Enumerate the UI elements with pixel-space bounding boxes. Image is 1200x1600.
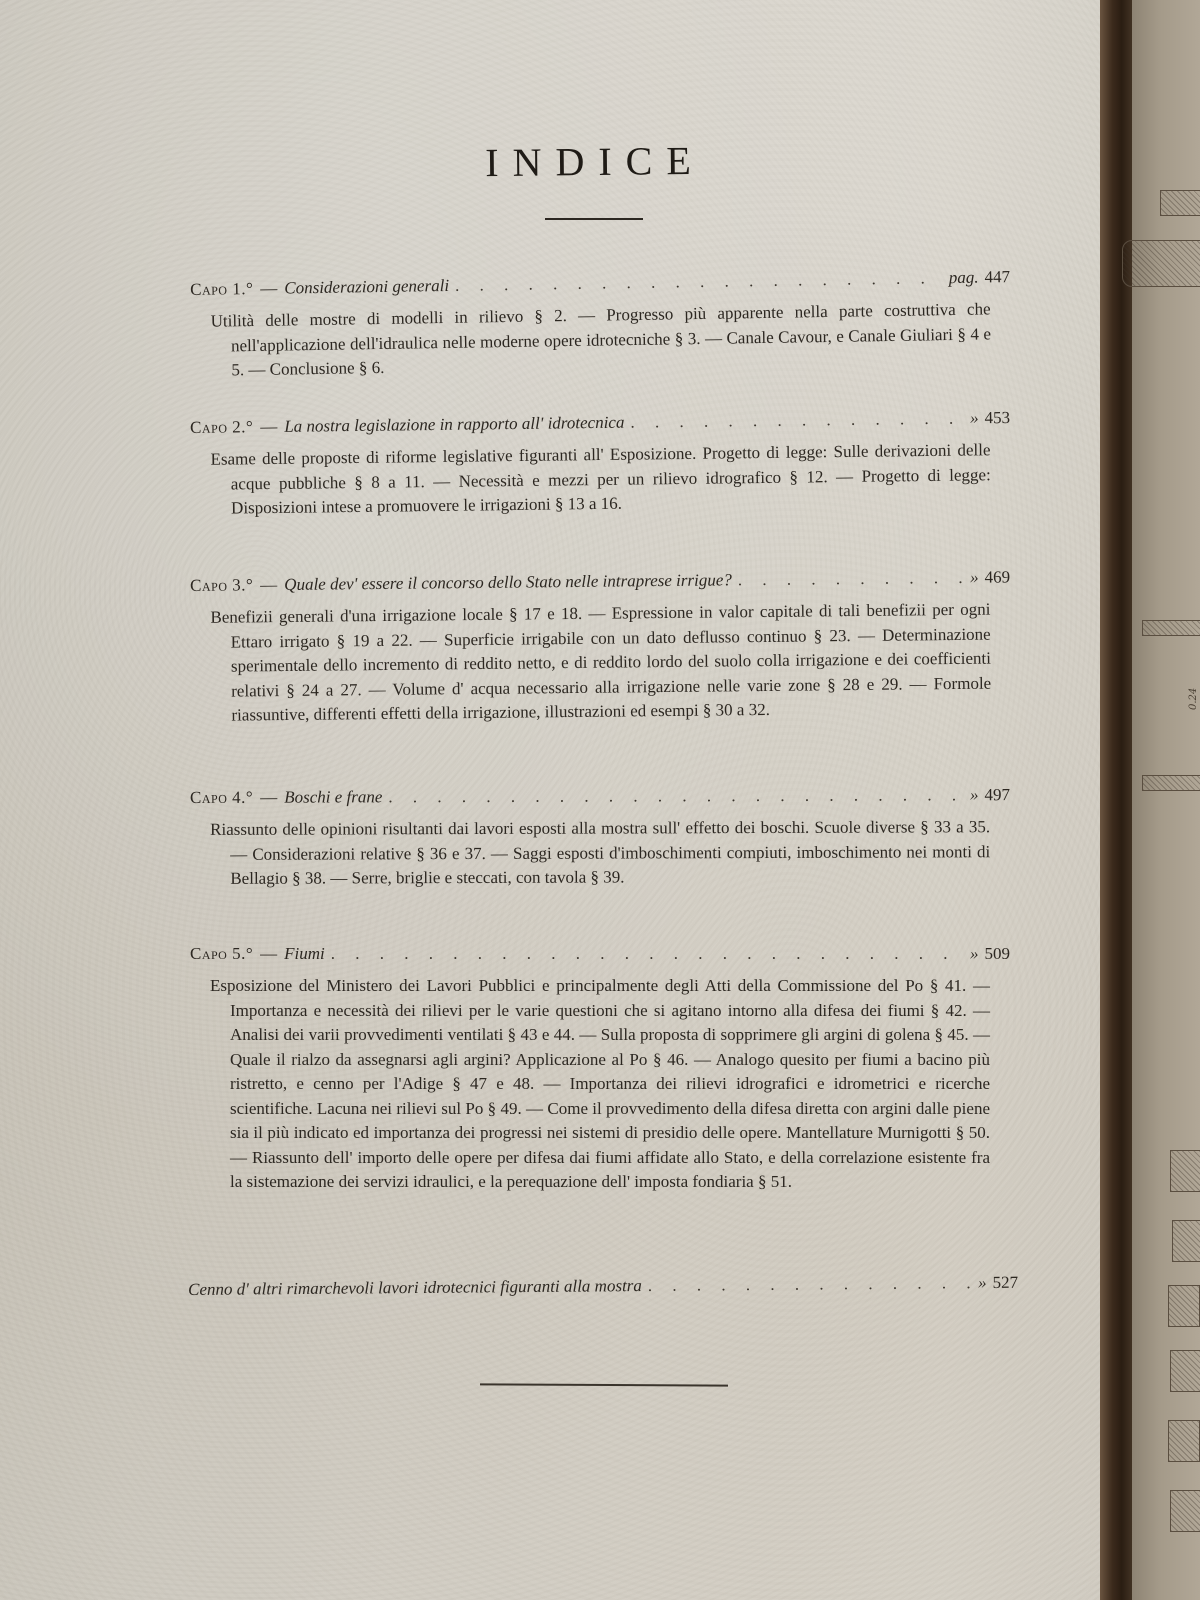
dot-leader [388,785,964,807]
toc-entry-heading: Capo 3.° — Quale dev' essere il concorso… [190,567,1010,596]
toc-entry-heading: Capo 2.° — La nostra legislazione in rap… [190,408,1010,438]
separator: — [260,417,277,437]
plate-figure-beam [1142,620,1200,636]
plate-figure-section [1170,1490,1200,1532]
page-prefix: » [970,944,979,963]
separator: — [260,944,277,964]
dot-leader [648,1273,972,1296]
separator: — [260,279,277,299]
page-prefix: » [970,408,979,427]
chapter-summary: Utilità delle mostre di modelli in rilie… [210,297,991,383]
dot-leader [331,944,964,964]
page-reference: »497 [970,785,1010,805]
toc-entry-capo-2: Capo 2.° — La nostra legislazione in rap… [190,408,1011,522]
closing-rule [480,1383,728,1386]
plate-figure-gear [1160,190,1200,216]
plate-figure-section [1168,1420,1200,1462]
page-title: INDICE [0,132,1190,191]
separator: — [260,575,277,595]
toc-entry-capo-3: Capo 3.° — Quale dev' essere il concorso… [190,567,1012,728]
chapter-title: Fiumi [284,944,325,964]
page-number: 453 [984,408,1010,427]
page-reference: pag.447 [949,267,1011,288]
toc-entry-heading: Cenno d' altri rimarchevoli lavori idrot… [188,1273,1018,1300]
page-number: 497 [984,785,1010,804]
book-spread: 0.24 INDICE Capo 1.° — Considerazioni ge… [0,0,1200,1600]
toc-entry-heading: Capo 1.° — Considerazioni generali pag.4… [190,267,1010,300]
page-prefix: » [978,1273,987,1292]
page-prefix: » [970,785,979,804]
chapter-label: Capo 2.° [190,417,253,438]
chapter-summary: Riassunto delle opinioni risultanti dai … [210,815,990,891]
plate-figure-section [1172,1220,1200,1262]
chapter-label: Capo 4.° [190,788,253,808]
plate-figure-beam [1142,775,1200,791]
page-reference: »527 [978,1273,1018,1293]
chapter-title: Boschi e frane [284,787,382,807]
title-rule [545,218,643,220]
chapter-summary: Esame delle proposte di riforme legislat… [210,438,991,521]
page-reference: »509 [970,944,1010,964]
adjacent-plate-page: 0.24 [1132,0,1200,1600]
plate-dimension-label: 0.24 [1188,688,1199,710]
toc-entry-capo-1: Capo 1.° — Considerazioni generali pag.4… [190,267,1012,383]
plate-figure-profile [1122,240,1200,287]
chapter-title: Quale dev' essere il concorso dello Stat… [284,570,732,595]
toc-entry-other-works: Cenno d' altri rimarchevoli lavori idrot… [188,1273,1018,1300]
page-number: 469 [984,567,1010,586]
chapter-summary: Esposizione del Ministero dei Lavori Pub… [210,974,990,1195]
page-prefix: pag. [949,268,979,287]
chapter-label: Capo 3.° [190,575,253,596]
plate-figure-section [1168,1285,1200,1327]
separator: — [260,788,277,808]
toc-entry-capo-4: Capo 4.° — Boschi e frane »497 Riassunto… [190,785,1010,891]
chapter-label: Capo 5.° [190,944,253,964]
toc-entry-capo-5: Capo 5.° — Fiumi »509 Esposizione del Mi… [190,944,1010,1195]
page-number: 527 [992,1273,1018,1292]
dot-leader [630,409,964,433]
page-reference: »453 [970,408,1010,428]
toc-entry-heading: Capo 4.° — Boschi e frane »497 [190,785,1010,808]
page-number: 509 [985,944,1011,963]
page-number: 447 [984,267,1010,286]
dot-leader [455,268,943,296]
page-prefix: » [970,568,979,587]
chapter-title: Considerazioni generali [284,276,449,299]
chapter-summary: Benefizii generali d'una irrigazione loc… [210,598,991,729]
chapter-title: La nostra legislazione in rapporto all' … [284,413,624,437]
page-reference: »469 [970,567,1010,587]
plate-figure-section [1170,1150,1200,1192]
chapter-label: Capo 1.° [190,279,253,300]
dot-leader [738,568,964,590]
toc-entry-heading: Capo 5.° — Fiumi »509 [190,944,1010,964]
chapter-title: Cenno d' altri rimarchevoli lavori idrot… [188,1276,642,1300]
index-content: INDICE Capo 1.° — Considerazioni general… [0,0,1100,1600]
plate-figure-section [1170,1350,1200,1392]
